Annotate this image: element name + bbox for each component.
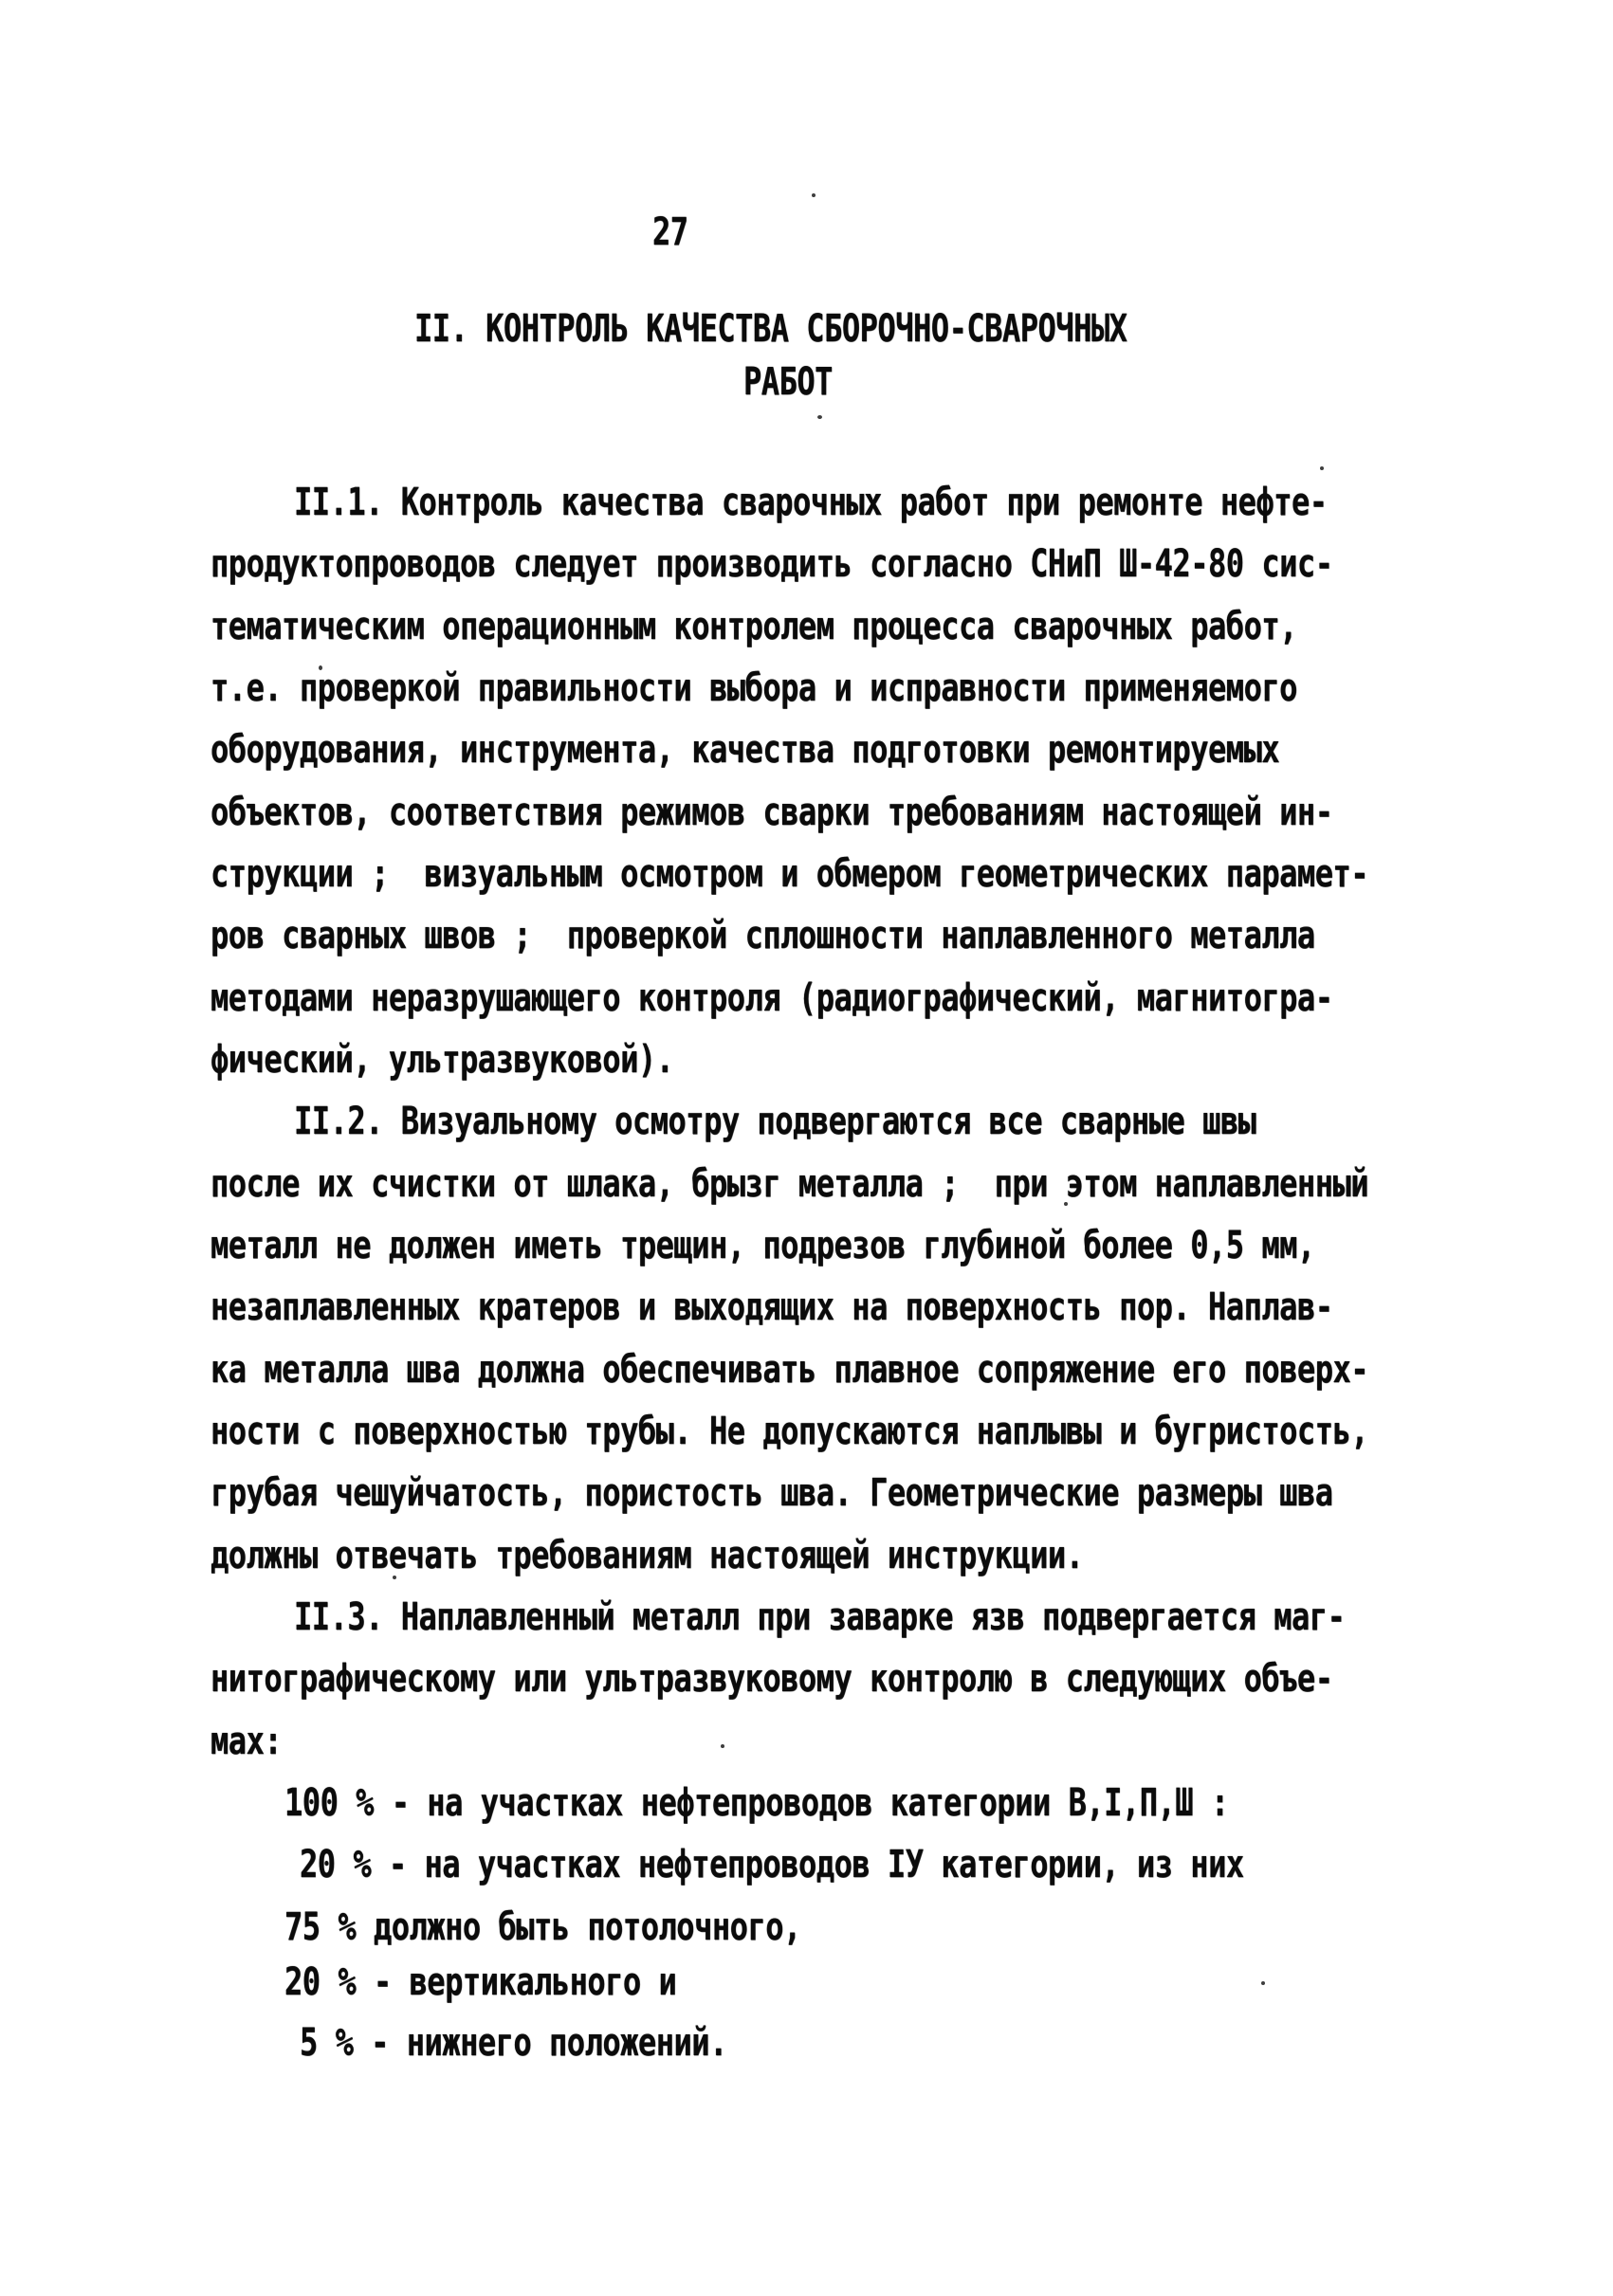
list-item-line: 75 % должно быть потолочного, xyxy=(284,1908,801,1946)
text-line: II.2. Визуальному осмотру подвергаются в… xyxy=(294,1102,1256,1140)
list-item-line: 100 % - на участках нефтепроводов катего… xyxy=(284,1784,1229,1822)
text-line: незаплавленных кратеров и выходящих на п… xyxy=(211,1288,1333,1326)
text-line: мах: xyxy=(211,1722,282,1760)
text-line: ров сварных швов ; проверкой сплошности … xyxy=(211,917,1315,955)
scan-speck xyxy=(1064,1202,1068,1206)
scan-speck xyxy=(812,193,816,197)
scan-speck xyxy=(393,1576,396,1579)
text-line: II.3. Наплавленный металл при заварке яз… xyxy=(294,1598,1345,1636)
list-item-line: 20 % - на участках нефтепроводов IУ кате… xyxy=(300,1846,1244,1884)
scanned-page: 27 II. КОНТРОЛЬ КАЧЕСТВА СБОРОЧНО-СВАРОЧ… xyxy=(0,0,1613,2296)
text-line: продуктопроводов следует производить сог… xyxy=(211,545,1333,583)
scan-speck xyxy=(1320,466,1324,470)
text-line: нитографическому или ультразвуковому кон… xyxy=(211,1660,1333,1698)
text-line: т.е. проверкой правильности выбора и исп… xyxy=(211,669,1297,707)
text-line: объектов, соответствия режимов сварки тр… xyxy=(211,793,1333,831)
text-line: струкции ; визуальным осмотром и обмером… xyxy=(211,855,1368,893)
text-line: ка металла шва должна обеспечивать плавн… xyxy=(211,1351,1368,1389)
text-line: грубая чешуйчатость, пористость шва. Гео… xyxy=(211,1474,1333,1512)
text-line: тематическим операционным контролем проц… xyxy=(211,608,1297,646)
scan-speck xyxy=(319,665,322,670)
scan-speck xyxy=(721,1744,724,1748)
text-line: фический, ультразвуковой). xyxy=(211,1041,673,1079)
text-line: II.1. Контроль качества сварочных работ … xyxy=(294,483,1328,521)
text-line: ности с поверхностью трубы. Не допускают… xyxy=(211,1412,1368,1450)
scan-speck xyxy=(1261,1981,1265,1985)
section-heading-line1: II. КОНТРОЛЬ КАЧЕСТВА СБОРОЧНО-СВАРОЧНЫХ xyxy=(414,310,1127,348)
list-item-line: 20 % - вертикального и xyxy=(284,1963,676,2001)
text-line: методами неразрушающего контроля (радиог… xyxy=(211,979,1333,1017)
page-number: 27 xyxy=(652,213,688,251)
text-line: оборудования, инструмента, качества подг… xyxy=(211,731,1279,769)
scan-speck xyxy=(817,415,822,419)
text-line: после их счистки от шлака, брызг металла… xyxy=(211,1165,1368,1203)
text-line: должны отвечать требованиям настоящей ин… xyxy=(211,1537,1084,1575)
text-line: металл не должен иметь трещин, подрезов … xyxy=(211,1227,1315,1265)
section-heading-line2: РАБОТ xyxy=(743,363,833,401)
list-item-line: 5 % - нижнего положений. xyxy=(300,2024,727,2062)
